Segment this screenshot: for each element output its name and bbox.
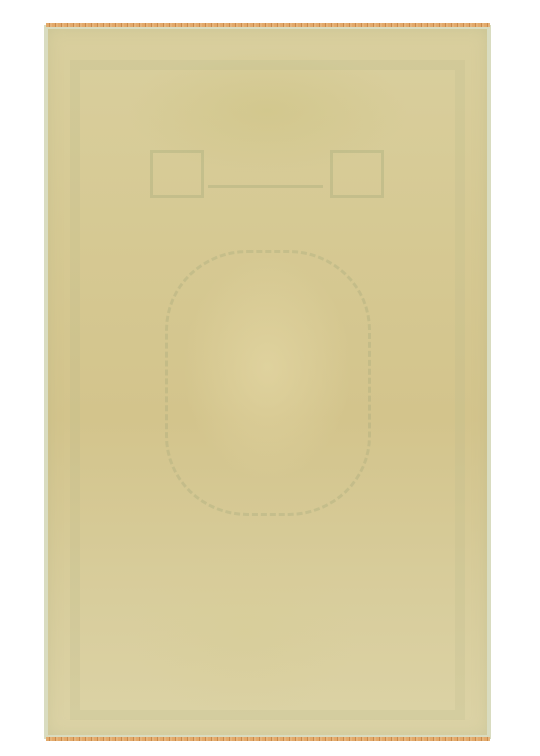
rug-motif-left: [150, 150, 204, 198]
rug-fringe-top: [46, 23, 490, 27]
rug-motif-bar: [208, 165, 323, 188]
rug-motif-right: [330, 150, 384, 198]
rug-fringe-bottom: [46, 737, 490, 741]
rug-medallion: [165, 250, 371, 516]
